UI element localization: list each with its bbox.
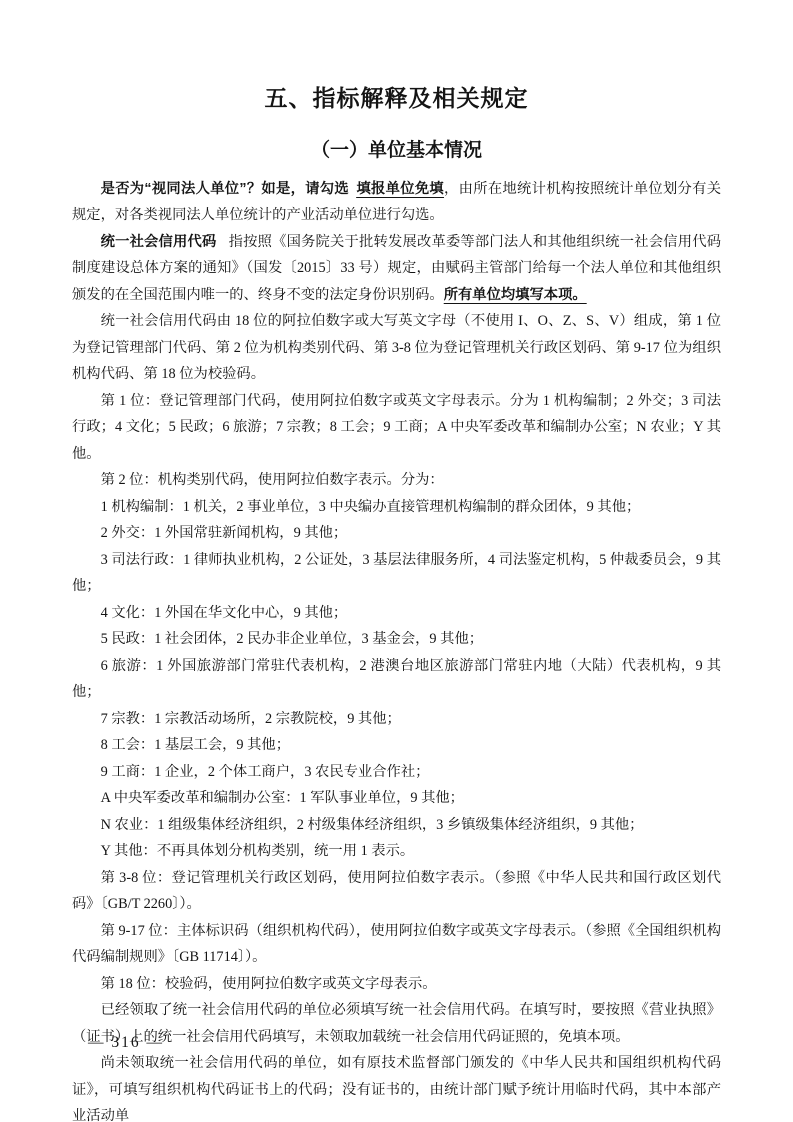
list-item-4-wenhua: 4 文化：1 外国在华文化中心，9 其他； [72, 600, 721, 627]
list-item-y-qita: Y 其他：不再具体划分机构类别，统一用 1 表示。 [72, 838, 721, 865]
list-item-3-sifa-xingzheng: 3 司法行政：1 律师执业机构，2 公证处，3 基层法律服务所，4 司法鉴定机构… [72, 547, 721, 600]
list-item-n-nongye: N 农业：1 组级集体经济组织，2 村级集体经济组织，3 乡镇级集体经济组织，9… [72, 812, 721, 839]
list-item-9-gongshang: 9 工商：1 企业，2 个体工商户，3 农民专业合作社； [72, 759, 721, 786]
paragraph-digit-2: 第 2 位：机构类别代码，使用阿拉伯数字表示。分为： [72, 467, 721, 494]
paragraph-not-yet-obtained: 尚未领取统一社会信用代码的单位，如有原技术监督部门颁发的《中华人民共和国组织机构… [72, 1050, 721, 1122]
list-item-8-gonghui: 8 工会：1 基层工会，9 其他； [72, 732, 721, 759]
document-title: 五、指标解释及相关规定 [0, 0, 793, 114]
intro-bold-lead: 是否为“视同法人单位”？如是，请勾选 [101, 181, 349, 197]
credit-code-definition-paragraph: 统一社会信用代码指按照《国务院关于批转发展改革委等部门法人和其他组织统一社会信用… [72, 229, 721, 309]
paragraph-already-obtained: 已经领取了统一社会信用代码的单位必须填写统一社会信用代码。在填写时，要按照《营业… [72, 997, 721, 1050]
list-item-7-zongjiao: 7 宗教：1 宗教活动场所，2 宗教院校，9 其他； [72, 706, 721, 733]
document-body: 是否为“视同法人单位”？如是，请勾选 填报单位免填，由所在地统计机构按照统计单位… [72, 176, 721, 1122]
paragraph-digit-18: 第 18 位：校验码，使用阿拉伯数字或英文字母表示。 [72, 971, 721, 998]
intro-paragraph: 是否为“视同法人单位”？如是，请勾选 填报单位免填，由所在地统计机构按照统计单位… [72, 176, 721, 229]
paragraph-code-structure: 统一社会信用代码由 18 位的阿拉伯数字或大写英文字母（不使用 I、O、Z、S、… [72, 308, 721, 388]
list-item-1-jigou-bianzhi: 1 机构编制：1 机关，2 事业单位，3 中央编办直接管理机构编制的群众团体，9… [72, 494, 721, 521]
page-number: — 316 — [88, 1034, 164, 1052]
paragraph-digit-1: 第 1 位：登记管理部门代码，使用阿拉伯数字或英文字母表示。分为 1 机构编制；… [72, 388, 721, 468]
intro-underlined-phrase: 填报单位免填 [356, 181, 444, 197]
credit-code-term: 统一社会信用代码 [101, 234, 217, 250]
list-item-5-minzheng: 5 民政：1 社会团体，2 民办非企业单位，3 基金会，9 其他； [72, 626, 721, 653]
list-item-2-waijiao: 2 外交：1 外国常驻新闻机构，9 其他； [72, 520, 721, 547]
list-item-6-lvyou: 6 旅游：1 外国旅游部门常驻代表机构，2 港澳台地区旅游部门常驻内地（大陆）代… [72, 653, 721, 706]
document-page: 五、指标解释及相关规定 （一）单位基本情况 是否为“视同法人单位”？如是，请勾选… [0, 0, 793, 1122]
credit-code-underlined-phrase: 所有单位均填写本项。 [444, 287, 587, 303]
section-heading: （一）单位基本情况 [0, 140, 793, 163]
paragraph-digits-9-17: 第 9-17 位：主体标识码（组织机构代码），使用阿拉伯数字或英文字母表示。（参… [72, 918, 721, 971]
paragraph-digits-3-8: 第 3-8 位：登记管理机关行政区划码，使用阿拉伯数字表示。（参照《中华人民共和… [72, 865, 721, 918]
list-item-a-junwei: A 中央军委改革和编制办公室：1 军队事业单位，9 其他； [72, 785, 721, 812]
page-number-text: — 316 — [88, 1034, 164, 1051]
